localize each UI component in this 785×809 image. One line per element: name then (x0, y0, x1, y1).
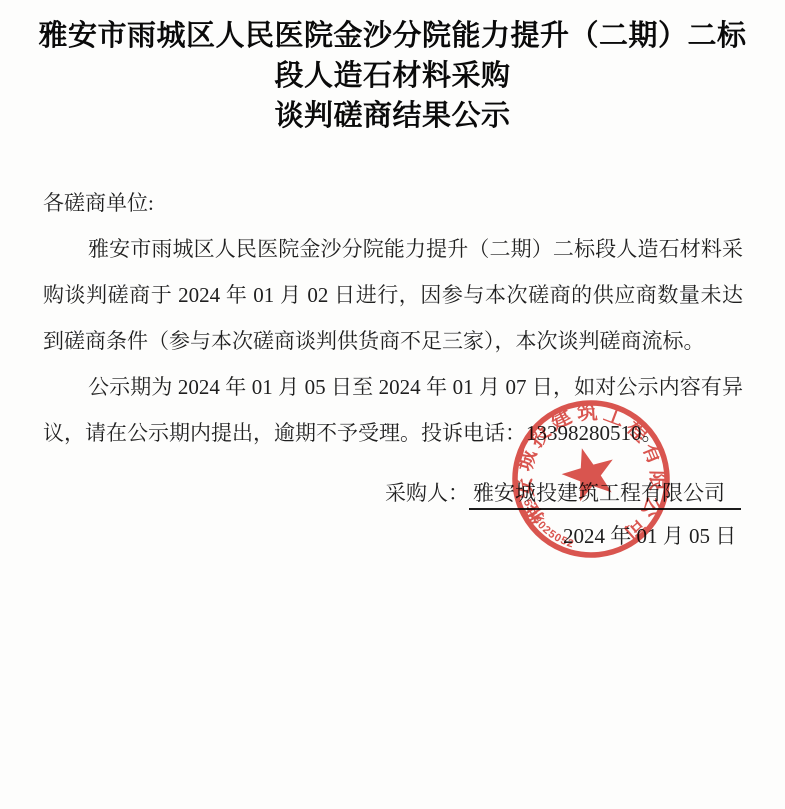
paragraph-1-line-3: 到磋商条件（参与本次磋商谈判供货商不足三家），本次谈判磋商流标。 (43, 318, 743, 364)
paragraph-1-line-2: 购谈判磋商于 2024 年 01 月 02 日进行，因参与本次磋商的供应商数量未… (43, 272, 743, 318)
signature-line: 采购人：雅安城投建筑工程有限公司 (385, 476, 741, 510)
title-line-1: 雅安市雨城区人民医院金沙分院能力提升（二期）二标 (0, 16, 785, 56)
signature-date: 2024 年 01 月 05 日 (563, 519, 736, 553)
document-title: 雅安市雨城区人民医院金沙分院能力提升（二期）二标 段人造石材料采购 谈判磋商结果… (0, 16, 785, 136)
purchaser-label: 采购人： (385, 481, 469, 505)
paragraph-1: 雅安市雨城区人民医院金沙分院能力提升（二期）二标段人造石材料采 购谈判磋商于 2… (43, 226, 743, 364)
title-line-3: 谈判磋商结果公示 (0, 96, 785, 136)
paragraph-2-line-2: 议，请在公示期内提出，逾期不予受理。投诉电话：13398280510。 (43, 410, 743, 456)
paragraph-2-line-1: 公示期为 2024 年 01 月 05 日至 2024 年 01 月 07 日，… (43, 364, 743, 410)
salutation: 各磋商单位: (43, 180, 743, 226)
title-line-2: 段人造石材料采购 (0, 56, 785, 96)
paragraph-2: 公示期为 2024 年 01 月 05 日至 2024 年 01 月 07 日，… (43, 364, 743, 456)
paragraph-1-line-1: 雅安市雨城区人民医院金沙分院能力提升（二期）二标段人造石材料采 (43, 226, 743, 272)
document-body: 各磋商单位: 雅安市雨城区人民医院金沙分院能力提升（二期）二标段人造石材料采 购… (43, 180, 743, 456)
announcement-document: 雅安市雨城区人民医院金沙分院能力提升（二期）二标 段人造石材料采购 谈判磋商结果… (0, 0, 785, 809)
purchaser-name: 雅安城投建筑工程有限公司 (469, 481, 741, 510)
